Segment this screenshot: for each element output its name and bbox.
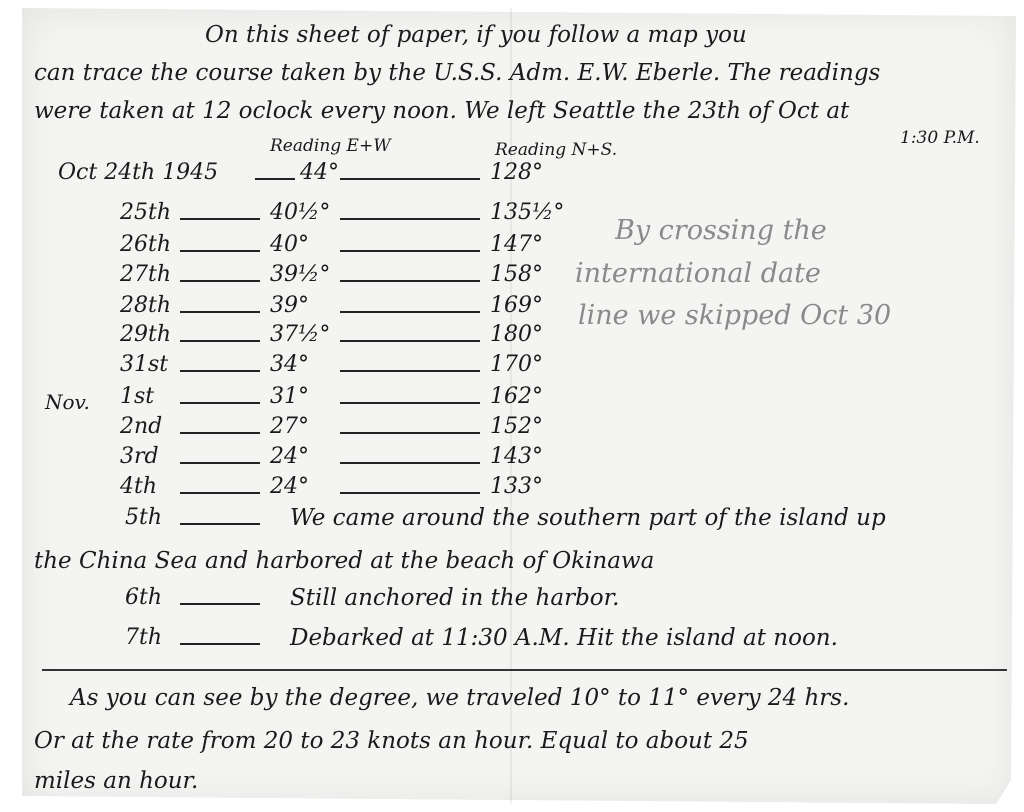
reading-ns: 135½°: [490, 200, 564, 225]
header-reading-ew: Reading E+W: [270, 136, 391, 156]
event-text: We came around the southern part of the …: [290, 505, 886, 531]
leader-line: [180, 523, 260, 525]
leader-line: [180, 280, 260, 282]
reading-row: 1st31°162°: [0, 384, 620, 414]
reading-date: 27th: [120, 262, 171, 287]
reading-row: 4th24°133°: [0, 474, 620, 504]
reading-ns: 169°: [490, 293, 543, 318]
reading-ns: 128°: [490, 160, 543, 185]
reading-ew: 39°: [270, 293, 309, 318]
leader-line: [180, 432, 260, 434]
leader-line: [340, 340, 480, 342]
reading-date: 31st: [120, 352, 168, 377]
leader-line: [340, 402, 480, 404]
reading-ns: 147°: [490, 232, 543, 257]
intro-line-3: were taken at 12 oclock every noon. We l…: [34, 98, 849, 124]
reading-ns: 133°: [490, 474, 543, 499]
leader-line: [340, 250, 480, 252]
leader-line: [180, 311, 260, 313]
leader-line: [180, 250, 260, 252]
intro-line-2: can trace the course taken by the U.S.S.…: [34, 60, 880, 86]
reading-ew: 37½°: [270, 322, 330, 347]
reading-date: 26th: [120, 232, 171, 257]
leader-line: [340, 311, 480, 313]
reading-ns: 170°: [490, 352, 543, 377]
reading-ew: 34°: [270, 352, 309, 377]
reading-ew: 39½°: [270, 262, 330, 287]
reading-ew: 40½°: [270, 200, 330, 225]
summary-line-2: Or at the rate from 20 to 23 knots an ho…: [34, 728, 749, 754]
leader-line: [180, 370, 260, 372]
reading-date: 25th: [120, 200, 171, 225]
event-text: the China Sea and harbored at the beach …: [34, 548, 654, 574]
event-date: 6th: [125, 585, 162, 610]
summary-line-1: As you can see by the degree, we travele…: [70, 685, 849, 711]
leader-line: [340, 492, 480, 494]
departure-time: 1:30 P.M.: [900, 128, 980, 148]
summary-line-3: miles an hour.: [34, 768, 198, 794]
reading-date: 28th: [120, 293, 171, 318]
leader-line: [340, 462, 480, 464]
event-date: 5th: [125, 505, 162, 530]
leader-line: [340, 432, 480, 434]
event-date: 7th: [125, 625, 162, 650]
intro-line-1: On this sheet of paper, if you follow a …: [205, 22, 747, 48]
reading-row: Oct 24th 194544°128°: [0, 160, 620, 190]
reading-date: 29th: [120, 322, 171, 347]
reading-date: Oct 24th 1945: [58, 160, 218, 185]
leader-line: [340, 280, 480, 282]
reading-ew: 24°: [270, 444, 309, 469]
side-note-line-3: line we skipped Oct 30: [578, 300, 891, 331]
leader-line: [180, 462, 260, 464]
reading-ew: 40°: [270, 232, 309, 257]
reading-date: 1st: [120, 384, 154, 409]
leader-line: [340, 178, 480, 180]
leader-line: [180, 603, 260, 605]
divider-line: [42, 669, 1007, 671]
reading-ew: 31°: [270, 384, 309, 409]
month-label-nov: Nov.: [45, 390, 90, 414]
reading-ew: 27°: [270, 414, 309, 439]
reading-date: 3rd: [120, 444, 159, 469]
reading-date: 4th: [120, 474, 157, 499]
leader-line: [340, 370, 480, 372]
event-text: Still anchored in the harbor.: [290, 585, 619, 611]
reading-row: 3rd24°143°: [0, 444, 620, 474]
leader-line: [180, 218, 260, 220]
reading-ns: 152°: [490, 414, 543, 439]
reading-ew: 44°: [300, 160, 339, 185]
leader-line: [180, 643, 260, 645]
reading-row: 26th40°147°: [0, 232, 620, 262]
leader-line: [340, 218, 480, 220]
reading-row: 31st34°170°: [0, 352, 620, 382]
reading-ns: 162°: [490, 384, 543, 409]
reading-row: 25th40½°135½°: [0, 200, 620, 230]
reading-ns: 158°: [490, 262, 543, 287]
leader-line: [180, 402, 260, 404]
leader-line: [255, 178, 295, 180]
reading-ns: 180°: [490, 322, 543, 347]
reading-date: 2nd: [120, 414, 162, 439]
leader-line: [180, 340, 260, 342]
side-note-line-2: international date: [575, 258, 821, 289]
reading-ew: 24°: [270, 474, 309, 499]
reading-row: 27th39½°158°: [0, 262, 620, 292]
leader-line: [180, 492, 260, 494]
header-reading-ns: Reading N+S.: [495, 140, 617, 160]
reading-row: 2nd27°152°: [0, 414, 620, 444]
reading-row: 29th37½°180°: [0, 322, 620, 352]
reading-row: 28th39°169°: [0, 293, 620, 323]
reading-ns: 143°: [490, 444, 543, 469]
side-note-line-1: By crossing the: [615, 215, 827, 246]
event-text: Debarked at 11:30 A.M. Hit the island at…: [290, 625, 838, 651]
